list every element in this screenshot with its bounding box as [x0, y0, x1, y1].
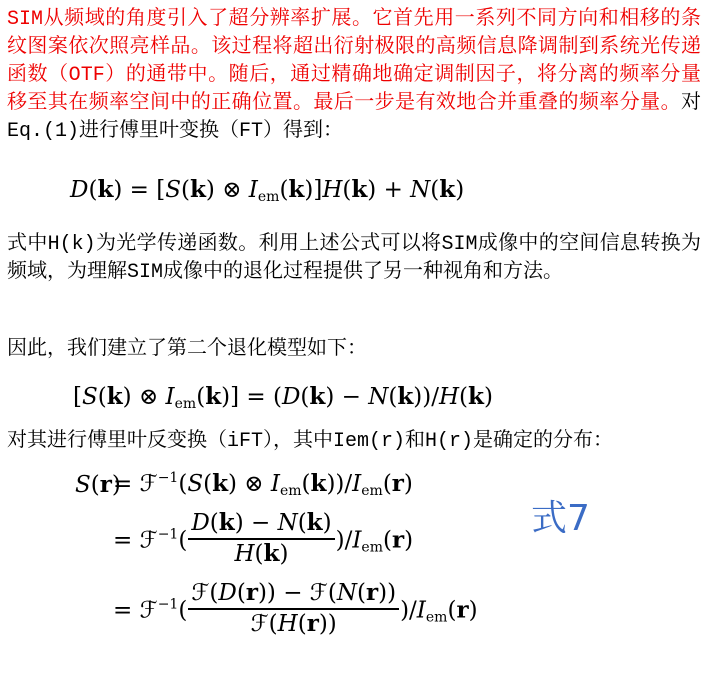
math-segment: )) [319, 611, 337, 637]
math-segment: k [219, 509, 235, 536]
math-segment: k [107, 383, 123, 410]
equation-3-line-1: S(r) = ℱ−1(S(k) ⊗ Iem(k))/Iem(r) [75, 470, 478, 499]
math-segment: k [97, 176, 113, 203]
math-segment: r [246, 579, 258, 606]
math-segment: k [468, 383, 484, 410]
equation-rhs: = ℱ−1(ℱ(D(r)) − ℱ(N(r))ℱ(H(r)))/Iem(r) [113, 582, 478, 641]
ift-paragraph: 对其进行傅里叶反变换（iFT），其中Iem(r)和H(r)是确定的分布： [7, 428, 701, 456]
math-segment: [ [73, 384, 82, 410]
math-segment: D [282, 384, 300, 410]
math-segment: ) ⊗ [228, 471, 271, 497]
equation-lhs: S(r) [75, 471, 113, 498]
math-segment: ) [455, 177, 464, 203]
math-segment: ( [302, 471, 311, 497]
math-segment: ) = [ [113, 177, 165, 203]
math-segment: ( [203, 471, 212, 497]
math-segment: ) [323, 510, 332, 536]
math-segment: ( [269, 611, 278, 637]
math-segment: em [426, 610, 448, 626]
math-segment: ( [237, 580, 246, 606]
math-segment: ) [484, 384, 493, 410]
math-segment: em [258, 189, 280, 205]
intro-paragraph: SIM从频域的角度引入了超分辨率扩展。它首先用一系列不同方向和相移的条纹图案依次… [7, 6, 701, 146]
math-segment: ( [196, 384, 205, 410]
math-segment: )) [378, 580, 396, 606]
math-segment: = [113, 471, 140, 497]
math-segment: ( [178, 471, 187, 497]
math-segment: ) − [235, 510, 278, 536]
math-segment: r [366, 579, 378, 606]
math-segment: )/ [336, 528, 353, 554]
math-segment: k [351, 176, 367, 203]
math-segment: H [278, 611, 298, 637]
math-segment: r [456, 597, 468, 624]
math-segment: −1 [158, 470, 179, 486]
math-segment: ) + [367, 177, 410, 203]
math-segment: )] [304, 177, 322, 203]
math-segment: ℱ [140, 471, 158, 497]
math-segment: S [165, 177, 181, 203]
math-segment: ( [209, 580, 218, 606]
math-segment: I [271, 471, 280, 497]
math-segment: ℱ [140, 598, 158, 624]
math-segment: k [264, 540, 280, 567]
equation-rhs: = ℱ−1(D(k) − N(k)H(k))/Iem(r) [113, 512, 413, 571]
math-segment: k [307, 509, 323, 536]
math-fraction: ℱ(D(r)) − ℱ(N(r))ℱ(H(r)) [188, 579, 399, 638]
math-fraction: D(k) − N(k)H(k) [188, 509, 334, 568]
math-segment: ( [181, 177, 190, 203]
fraction-numerator: D(k) − N(k) [188, 509, 334, 538]
second-model-paragraph: 因此，我们建立了第二个退化模型如下： [7, 336, 701, 364]
math-segment: ℱ [310, 580, 328, 606]
equation-3-line-3: = ℱ−1(ℱ(D(r)) − ℱ(N(r))ℱ(H(r)))/Iem(r) [75, 582, 478, 641]
math-segment: k [288, 176, 304, 203]
math-segment: k [311, 470, 327, 497]
fraction-numerator: ℱ(D(r)) − ℱ(N(r)) [188, 579, 399, 608]
math-segment: N [368, 384, 388, 410]
math-segment: ))/ [326, 471, 352, 497]
math-segment: ( [178, 598, 187, 624]
math-segment: N [337, 580, 357, 606]
math-segment: r [307, 610, 319, 637]
equation-3-derivation-block: S(r) = ℱ−1(S(k) ⊗ Iem(k))/Iem(r) = ℱ−1(D… [75, 470, 478, 641]
math-segment: ( [430, 177, 439, 203]
math-segment: S [82, 384, 98, 410]
intro-red-text: SIM从频域的角度引入了超分辨率扩展。它首先用一系列不同方向和相移的条纹图案依次… [7, 8, 701, 115]
fraction-denominator: H(k) [188, 538, 334, 569]
document-page: SIM从频域的角度引入了超分辨率扩展。它首先用一系列不同方向和相移的条纹图案依次… [0, 0, 708, 680]
math-segment: S [75, 472, 91, 498]
equation-2-degradation-model: [S(k) ⊗ Iem(k)] = (D(k) − N(k))/H(k) [73, 383, 493, 412]
math-segment: em [361, 540, 383, 556]
math-segment: em [175, 396, 197, 412]
math-segment: k [190, 176, 206, 203]
math-segment: )] = ( [221, 384, 282, 410]
math-segment: k [397, 383, 413, 410]
math-segment: N [410, 177, 430, 203]
math-segment: I [166, 384, 175, 410]
math-segment: r [392, 527, 404, 554]
math-segment: ℱ [191, 580, 209, 606]
math-segment: k [212, 470, 228, 497]
math-segment: ))/ [413, 384, 439, 410]
math-segment: H [439, 384, 459, 410]
math-segment: em [280, 483, 302, 499]
math-segment: ( [383, 528, 392, 554]
math-segment: )) − [258, 580, 310, 606]
math-segment: N [278, 510, 298, 536]
math-segment: )/ [400, 598, 417, 624]
math-segment: ) [469, 598, 478, 624]
math-segment: D [191, 510, 209, 536]
math-segment: −1 [158, 597, 179, 613]
math-segment: ( [91, 472, 100, 498]
math-segment: ) ⊗ [206, 177, 249, 203]
math-segment: ( [178, 528, 187, 554]
math-segment: S [187, 471, 203, 497]
math-segment: ) [404, 471, 413, 497]
math-segment: ) − [325, 384, 368, 410]
equation-1-fourier-model: D(k) = [S(k) ⊗ Iem(k)]H(k) + N(k) [70, 176, 464, 205]
math-segment: ) ⊗ [123, 384, 166, 410]
math-segment: ( [328, 580, 337, 606]
math-segment: r [392, 470, 404, 497]
math-segment: ( [459, 384, 468, 410]
math-segment: ( [98, 384, 107, 410]
math-segment: ( [357, 580, 366, 606]
math-segment: −1 [158, 527, 179, 543]
math-segment: I [249, 177, 258, 203]
math-segment: ( [255, 541, 264, 567]
math-segment: D [218, 580, 236, 606]
math-segment: ℱ [140, 528, 158, 554]
math-segment: em [361, 483, 383, 499]
math-segment: ( [383, 471, 392, 497]
math-segment: I [352, 471, 361, 497]
math-segment: k [205, 383, 221, 410]
math-segment: D [70, 177, 88, 203]
equation-7-annotation: 式7 [531, 501, 590, 537]
otf-explanation-paragraph: 式中H(k)为光学传递函数。利用上述公式可以将SIM成像中的空间信息转换为频域，… [7, 231, 701, 287]
equation-rhs: = ℱ−1(S(k) ⊗ Iem(k))/Iem(r) [113, 470, 413, 499]
math-segment: r [100, 471, 112, 498]
math-segment: ) [404, 528, 413, 554]
math-segment: ) [279, 541, 288, 567]
math-segment: = [113, 598, 140, 624]
math-segment: H [234, 541, 254, 567]
math-segment: ( [388, 384, 397, 410]
math-segment: ℱ [251, 611, 269, 637]
math-segment: k [309, 383, 325, 410]
math-segment: k [439, 176, 455, 203]
math-segment: ( [298, 510, 307, 536]
math-segment: H [322, 177, 342, 203]
fraction-denominator: ℱ(H(r)) [188, 608, 399, 639]
math-segment: ( [342, 177, 351, 203]
equation-3-line-2: = ℱ−1(D(k) − N(k)H(k))/Iem(r) [75, 512, 478, 571]
math-segment: = [113, 528, 140, 554]
math-segment: I [417, 598, 426, 624]
